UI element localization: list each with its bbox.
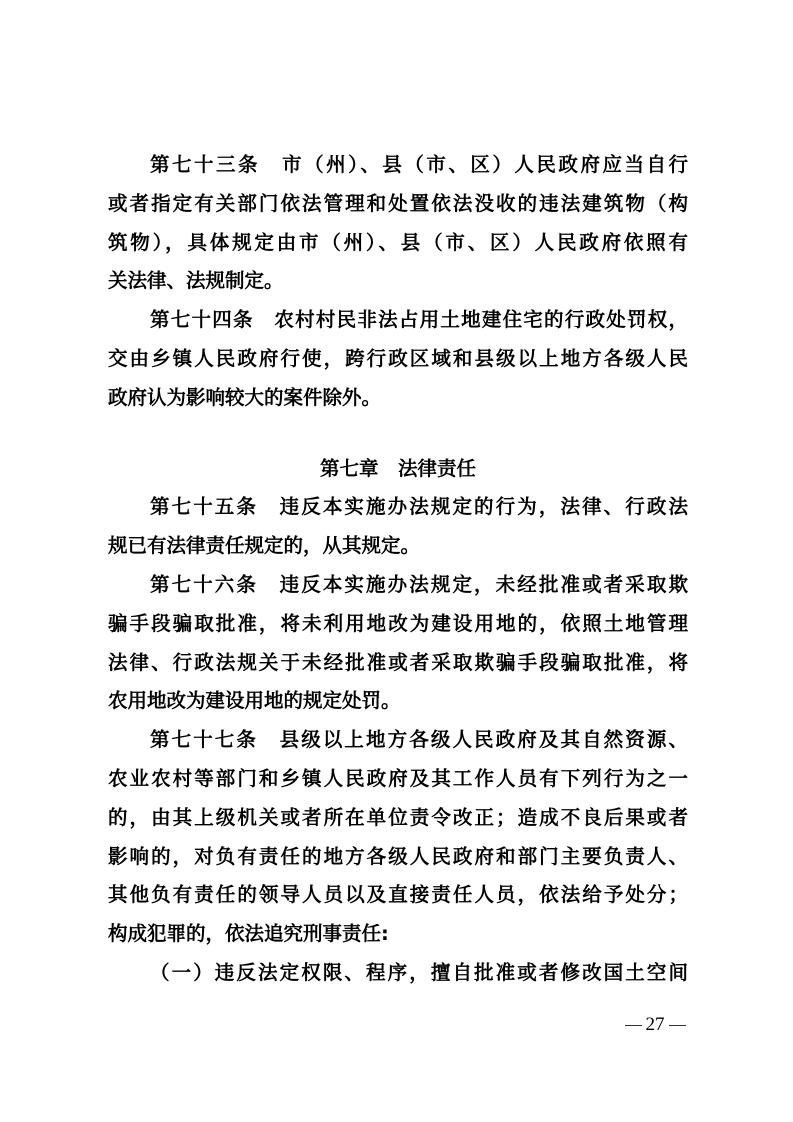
article-77-item-1: （一）违反法定权限、程序，擅自批准或者修改国土空间 [108, 954, 688, 993]
article-76-line-4: 农用地改为建设用地的规定处罚。 [108, 682, 688, 721]
chapter-title: 第七章 法律责任 [108, 450, 688, 489]
article-76-line-3: 法律、行政法规关于未经批准或者采取欺骗手段骗取批准，将 [108, 644, 688, 683]
article-77-item-1-line-1: （一）违反法定权限、程序，擅自批准或者修改国土空间 [108, 954, 688, 993]
article-75: 第七十五条 违反本实施办法规定的行为，法律、行政法 规已有法律责任规定的，从其规… [108, 488, 688, 566]
article-77-line-1: 第七十七条 县级以上地方各级人民政府及其自然资源、 [108, 721, 688, 760]
document-page: 第七十三条 市（州）、县（市、区）人民政府应当自行 或者指定有关部门依法管理和处… [0, 0, 793, 1122]
article-73-line-1: 第七十三条 市（州）、县（市、区）人民政府应当自行 [108, 146, 688, 185]
article-75-line-2: 规已有法律责任规定的，从其规定。 [108, 527, 688, 566]
page-number-value: 27 [646, 1014, 665, 1036]
page-body: 第七十三条 市（州）、县（市、区）人民政府应当自行 或者指定有关部门依法管理和处… [108, 146, 688, 993]
article-77-line-6: 构成犯罪的，依法追究刑事责任: [108, 915, 688, 954]
article-73: 第七十三条 市（州）、县（市、区）人民政府应当自行 或者指定有关部门依法管理和处… [108, 146, 688, 301]
article-77-line-2: 农业农村等部门和乡镇人民政府及其工作人员有下列行为之一 [108, 760, 688, 799]
article-74-line-2: 交由乡镇人民政府行使，跨行政区域和县级以上地方各级人民 [108, 340, 688, 379]
page-number-dash-right [669, 1025, 686, 1026]
page-number-dash-left [625, 1025, 642, 1026]
article-76-line-2: 骗手段骗取批准，将未利用地改为建设用地的，依照土地管理 [108, 605, 688, 644]
article-75-line-1: 第七十五条 违反本实施办法规定的行为，法律、行政法 [108, 488, 688, 527]
section-gap [108, 418, 688, 450]
article-73-line-2: 或者指定有关部门依法管理和处置依法没收的违法建筑物（构 [108, 185, 688, 224]
article-74-line-1: 第七十四条 农村村民非法占用土地建住宅的行政处罚权， [108, 301, 688, 340]
article-74: 第七十四条 农村村民非法占用土地建住宅的行政处罚权， 交由乡镇人民政府行使，跨行… [108, 301, 688, 417]
article-77-line-4: 影响的，对负有责任的地方各级人民政府和部门主要负责人、 [108, 838, 688, 877]
page-number: 27 [620, 1014, 690, 1036]
article-77-line-3: 的，由其上级机关或者所在单位责令改正；造成不良后果或者 [108, 799, 688, 838]
article-77-line-5: 其他负有责任的领导人员以及直接责任人员，依法给予处分； [108, 876, 688, 915]
article-77: 第七十七条 县级以上地方各级人民政府及其自然资源、 农业农村等部门和乡镇人民政府… [108, 721, 688, 954]
article-73-line-3: 筑物），具体规定由市（州）、县（市、区）人民政府依照有 [108, 224, 688, 263]
article-76: 第七十六条 违反本实施办法规定，未经批准或者采取欺 骗手段骗取批准，将未利用地改… [108, 566, 688, 721]
article-73-line-4: 关法律、法规制定。 [108, 262, 688, 301]
article-74-line-3: 政府认为影响较大的案件除外。 [108, 379, 688, 418]
article-76-line-1: 第七十六条 违反本实施办法规定，未经批准或者采取欺 [108, 566, 688, 605]
